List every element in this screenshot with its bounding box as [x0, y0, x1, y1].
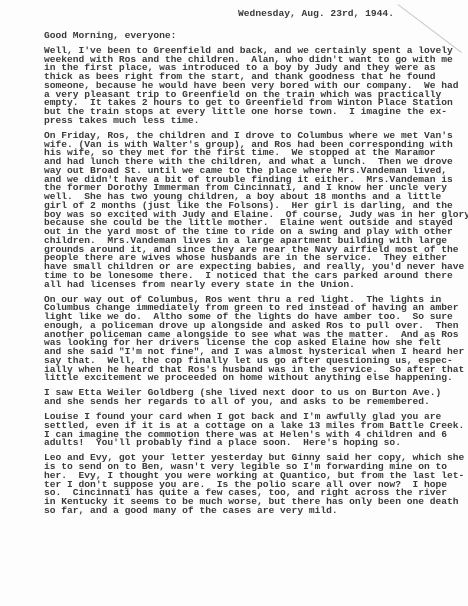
paragraph-red-light: On our way out of Columbus, Ros went thr…: [44, 296, 454, 384]
text-line: and she sends her regards to all of you,…: [44, 398, 454, 407]
letter-body: Good Morning, everyone: Well, I've been …: [44, 32, 454, 522]
text-line: so far, and a good many of the cases are…: [44, 507, 454, 516]
letter-page: Wednesday, Aug. 23rd, 1944. Good Morning…: [0, 0, 468, 606]
paragraph-louise: Louise I found your card when I got back…: [44, 413, 454, 448]
letter-date: Wednesday, Aug. 23rd, 1944.: [238, 9, 394, 18]
text-line: press takes much less time.: [44, 117, 454, 126]
paragraph-greenfield: Well, I've been to Greenfield and back, …: [44, 47, 454, 126]
text-line: all had licenses from nearly every state…: [44, 281, 454, 290]
paragraph-etta: I saw Etta Weiler Goldberg (she lived ne…: [44, 389, 454, 407]
paragraph-columbus: On Friday, Ros, the children and I drove…: [44, 132, 454, 290]
paragraph-leo-evy: Leo and Evy, got your letter yesterday b…: [44, 454, 454, 515]
salutation: Good Morning, everyone:: [44, 32, 454, 41]
text-line: little excitement we proceeded on home w…: [44, 374, 454, 383]
text-line: adults! You'll probably find a place soo…: [44, 439, 454, 448]
